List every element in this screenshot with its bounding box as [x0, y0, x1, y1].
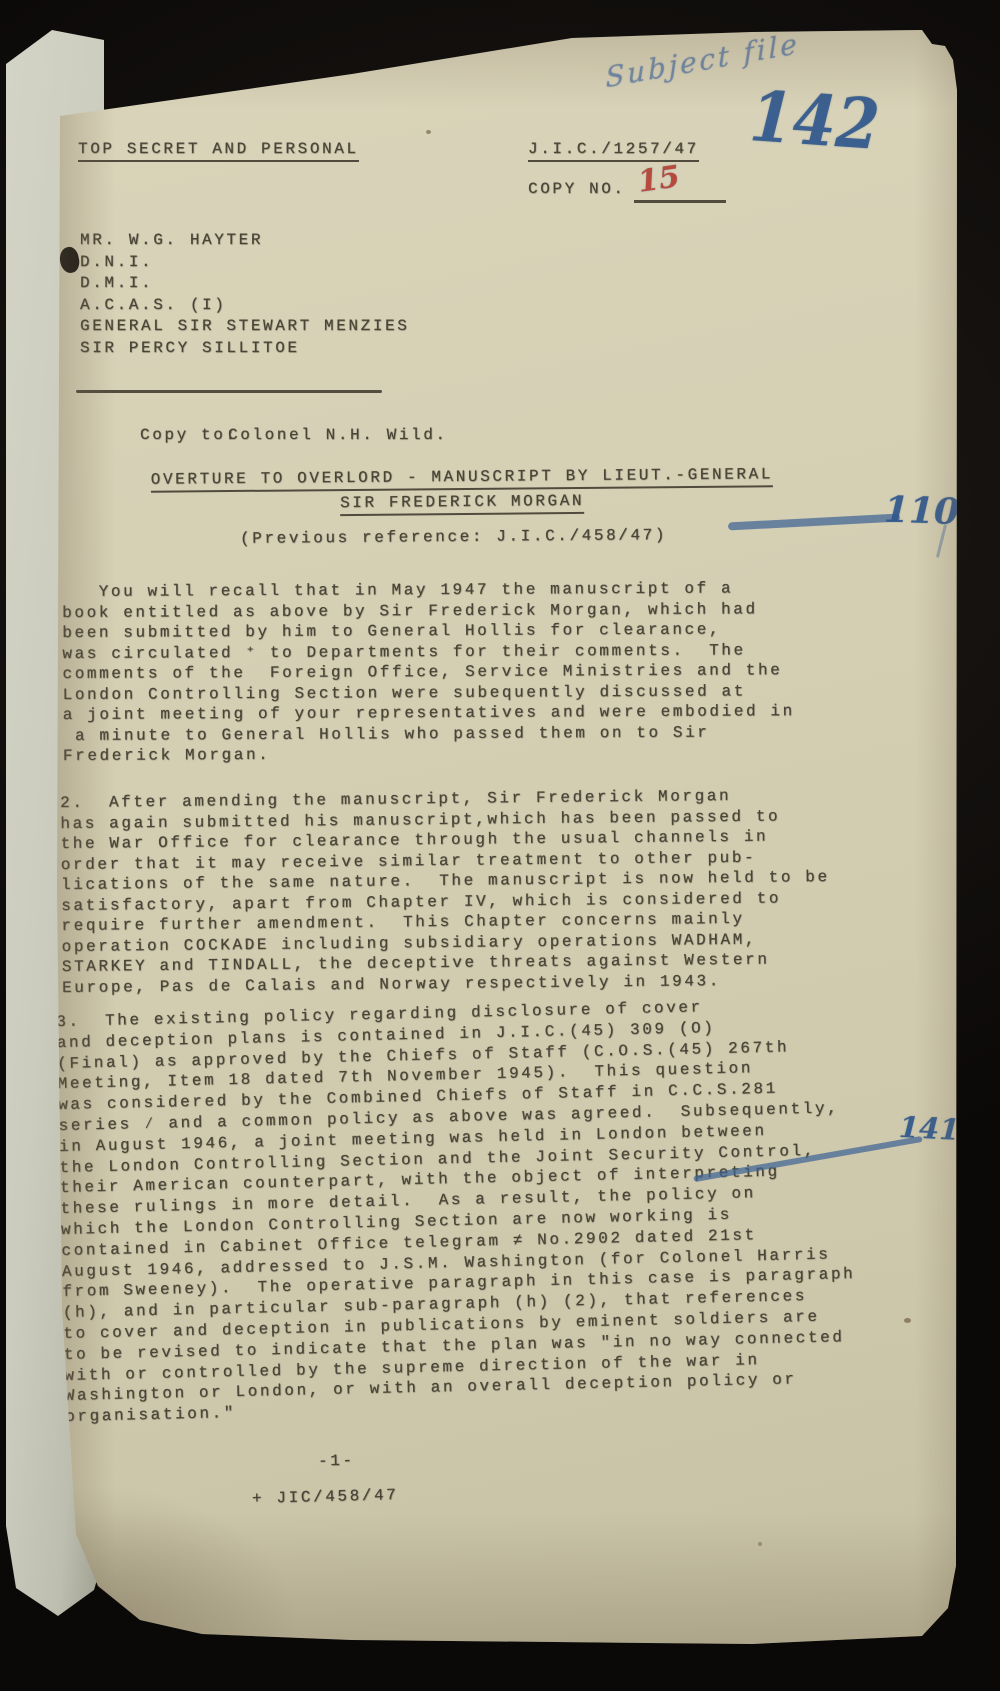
copy-to-name: Colonel N.H. Wild.: [228, 426, 448, 444]
classification-line: TOP SECRET AND PERSONAL: [78, 140, 359, 162]
handwritten-folio-number: 142: [747, 75, 882, 166]
previous-reference: (Previous reference: J.I.C./458/47): [240, 526, 667, 548]
handwritten-copy-number: 15: [636, 159, 682, 199]
recipient-hayter: MR. W.G. HAYTER: [80, 230, 409, 252]
classification-text: TOP SECRET AND PERSONAL: [78, 140, 359, 162]
title-line-2: SIR FREDERICK MORGAN: [92, 490, 832, 518]
ink-blot: [58, 245, 82, 274]
paragraph-1: You will recall that in May 1947 the man…: [62, 578, 795, 766]
title-line-2-text: SIR FREDERICK MORGAN: [340, 492, 584, 516]
recipient-dni: D.N.I.: [80, 252, 409, 274]
document-title: OVERTURE TO OVERLORD - MANUSCRIPT BY LIE…: [92, 465, 832, 521]
paper-speck: [904, 1318, 911, 1323]
recipient-dmi: D.M.I.: [80, 273, 409, 295]
copy-no-underline: [634, 200, 726, 203]
recipient-list: MR. W.G. HAYTER D.N.I. D.M.I. A.C.A.S. (…: [80, 230, 409, 359]
document-page: Subject file 142 TOP SECRET AND PERSONAL…: [52, 28, 960, 1658]
separator-rule: [76, 390, 382, 393]
paper-speck: [426, 130, 431, 134]
title-line-1-text: OVERTURE TO OVERLORD - MANUSCRIPT BY LIE…: [151, 465, 773, 492]
footnote-reference: + JIC/458/47: [252, 1486, 399, 1508]
copy-no-label: COPY NO.: [528, 180, 626, 198]
page-number: -1-: [318, 1452, 355, 1471]
title-line-1: OVERTURE TO OVERLORD - MANUSCRIPT BY LIE…: [92, 465, 832, 493]
paragraph-2: 2. After amending the manuscript, Sir Fr…: [60, 785, 831, 998]
paragraph-3: 3. The existing policy regarding disclos…: [56, 994, 858, 1428]
pencil-strike-previous-reference: [728, 514, 900, 531]
scan-background: Subject file 142 TOP SECRET AND PERSONAL…: [0, 0, 1000, 1691]
handwritten-ref-141a: 141A: [898, 1110, 983, 1148]
recipient-menzies: GENERAL SIR STEWART MENZIES: [80, 316, 409, 338]
paper-speck: [758, 1542, 762, 1546]
recipient-acas: A.C.A.S. (I): [80, 295, 409, 317]
recipient-sillitoe: SIR PERCY SILLITOE: [80, 338, 409, 360]
handwritten-ref-110: 110.: [883, 488, 972, 533]
copy-to-label: Copy to:: [140, 426, 238, 444]
